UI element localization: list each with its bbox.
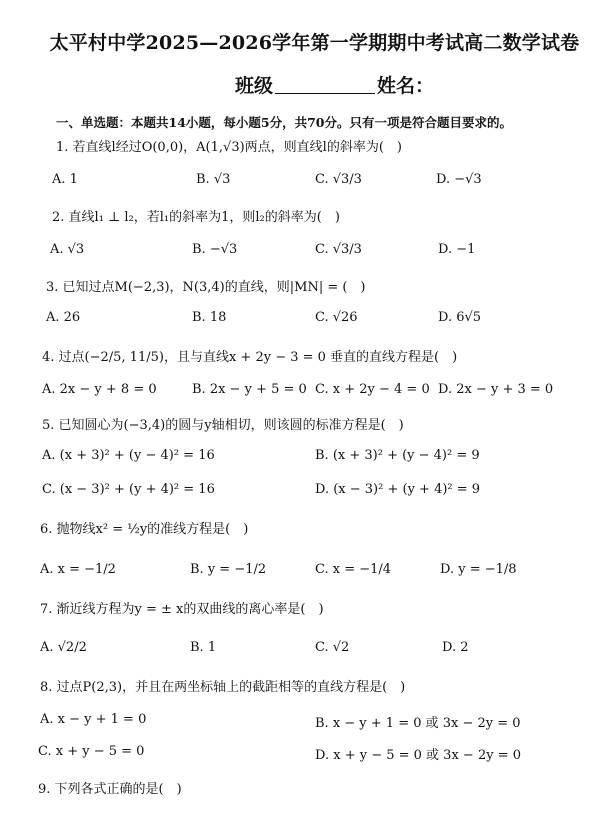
question-1-option-a: A. 1 — [52, 172, 78, 187]
question-8-option-a: A. x − y + 1 = 0 — [40, 712, 146, 727]
question-9-stem: 9. 下列各式正确的是( ) — [38, 778, 182, 797]
question-6-option-a: A. x = −1/2 — [40, 562, 116, 577]
question-4-option-b: B. 2x − y + 5 = 0 — [192, 382, 307, 397]
question-3-option-d: D. 6√5 — [438, 310, 481, 325]
question-7-option-b: B. 1 — [190, 640, 216, 655]
question-8-stem: 8. 过点P(2,3)，并且在两坐标轴上的截距相等的直线方程是( ) — [40, 676, 405, 695]
question-7-stem: 7. 渐近线方程为y = ± x的双曲线的离心率是( ) — [40, 598, 324, 617]
question-6-option-b: B. y = −1/2 — [190, 562, 266, 577]
question-6-stem: 6. 抛物线x² = ½y的准线方程是( ) — [40, 518, 248, 537]
question-5-option-d: D. (x − 3)² + (y + 4)² = 9 — [315, 482, 480, 497]
question-3-stem: 3. 已知过点M(−2,3)，N(3,4)的直线，则|MN| = ( ) — [46, 276, 366, 295]
question-4-option-c: C. x + 2y − 4 = 0 — [315, 382, 430, 397]
question-5-option-b: B. (x + 3)² + (y − 4)² = 9 — [315, 448, 480, 463]
question-2-option-b: B. −√3 — [192, 242, 237, 257]
question-1-option-c: C. √3/3 — [315, 172, 362, 187]
question-6-option-d: D. y = −1/8 — [440, 562, 517, 577]
question-2-option-a: A. √3 — [50, 242, 84, 257]
question-3-option-a: A. 26 — [46, 310, 80, 325]
question-2-stem: 2. 直线l₁ ⊥ l₂，若l₁的斜率为1，则l₂的斜率为( ) — [52, 206, 340, 225]
question-4-option-a: A. 2x − y + 8 = 0 — [42, 382, 157, 397]
question-4-stem: 4. 过点(−2/5, 11/5)，且与直线x + 2y − 3 = 0 垂直的… — [42, 346, 457, 365]
question-7-option-a: A. √2/2 — [40, 640, 87, 655]
question-1-stem: 1. 若直线l经过O(0,0)，A(1,√3)两点，则直线l的斜率为( ) — [56, 136, 402, 155]
question-1-option-b: B. √3 — [196, 172, 230, 187]
question-8-option-b: B. x − y + 1 = 0 或 3x − 2y = 0 — [315, 712, 521, 731]
question-5-option-a: A. (x + 3)² + (y − 4)² = 16 — [42, 448, 215, 463]
class-label: 班级 — [235, 75, 273, 97]
question-1-option-d: D. −√3 — [436, 172, 482, 187]
name-label: 姓名： — [377, 75, 434, 97]
question-5-stem: 5. 已知圆心为(−3,4)的圆与y轴相切，则该圆的标准方程是( ) — [42, 414, 404, 433]
section-heading: 一、单选题：本题共14小题，每小题5分，共70分。只有一项是符合题目要求的。 — [56, 113, 512, 131]
question-3-option-c: C. √26 — [315, 310, 358, 325]
question-4-option-d: D. 2x − y + 3 = 0 — [438, 382, 553, 397]
exam-title: 太平村中学2025—2026学年第一学期期中考试高二数学试卷 — [0, 28, 599, 55]
question-7-option-d: D. 2 — [442, 640, 469, 655]
question-2-option-c: C. √3/3 — [315, 242, 362, 257]
question-8-option-d: D. x + y − 5 = 0 或 3x − 2y = 0 — [315, 744, 521, 763]
question-3-option-b: B. 18 — [192, 310, 226, 325]
question-2-option-d: D. −1 — [438, 242, 475, 257]
student-info: 班级姓名： — [235, 71, 434, 98]
question-5-option-c: C. (x − 3)² + (y + 4)² = 16 — [42, 482, 215, 497]
question-8-option-c: C. x + y − 5 = 0 — [38, 744, 144, 759]
class-blank — [275, 75, 375, 94]
question-7-option-c: C. √2 — [315, 640, 349, 655]
question-6-option-c: C. x = −1/4 — [315, 562, 391, 577]
